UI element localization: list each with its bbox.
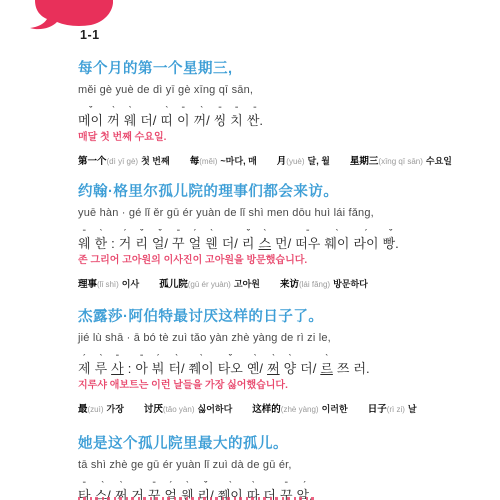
lesson-number: 1-1 (80, 28, 100, 42)
korean-pronunciation: ˉ웨ˋ한 :ˊ거ˇ리ˇ얼/ˉ꾸ˊ얼ˋ웬 더/ˇ리ˋ스 먼/ˉ떠우ˋ훼이ˊ라이ˇ빵… (78, 223, 468, 251)
sentence-block-1: 每个月的第一个星期三, měi gè yuè de dì yī gè xīng … (78, 61, 468, 168)
chinese-sentence: 她是这个孤儿院里最大的孤儿。 (78, 436, 468, 452)
pinyin-line: měi gè yuè de dì yī gè xīng qī sān, (78, 84, 468, 97)
pinyin-line: yuē hàn · gé lǐ ěr gū ér yuàn de lǐ shì … (78, 207, 468, 220)
speech-bubble-icon (0, 0, 130, 36)
pinyin-line: jié lù shā · ā bó tè zuì tǎo yàn zhè yàn… (78, 332, 468, 345)
vocabulary-line: 第一个(dì yī gè)첫 번째每(měi)~마다, 매月(yuè)달, 월星… (78, 154, 468, 168)
korean-pronunciation: ˇ메이ˋ꺼ˋ웨 더/ˋ띠ˉ이ˋ꺼/ˉ씽ˉ치ˉ싼. (78, 100, 468, 128)
sentence-block-4: 她是这个孤儿院里最大的孤儿。 tā shì zhè ge gū ér yuàn … (78, 436, 468, 500)
vocabulary-line: 最(zuì)가장讨厌(tǎo yàn)싫어하다这样的(zhè yàng)이러한日… (78, 402, 468, 416)
sentence-block-2: 约翰·格里尔孤儿院的理事们都会来访。 yuē hàn · gé lǐ ěr gū… (78, 184, 468, 291)
korean-translation: 존 그리어 고아원의 이사진이 고아원을 방문했습니다. (78, 255, 468, 267)
korean-translation: 매달 첫 번째 수요일. (78, 132, 468, 144)
textbook-page: 1-1 每个月的第一个星期三, měi gè yuè de dì yī gè x… (0, 0, 500, 500)
chinese-sentence: 每个月的第一个星期三, (78, 61, 468, 77)
chinese-sentence: 约翰·格里尔孤儿院的理事们都会来访。 (78, 184, 468, 200)
korean-pronunciation: ˊ제ˋ루ˉ사 :ˉ아ˊ붜ˋ터/ˋ쮀이ˇ타오ˋ옌/ˋ쩌ˋ양 더/ˋ르 쯔 러. (78, 348, 468, 376)
pinyin-line: tā shì zhè ge gū ér yuàn lǐ zuì dà de gū… (78, 459, 468, 472)
vocabulary-line: 理事(lǐ shì)이사孤儿院(gū ér yuàn)고아원来访(lái fǎn… (78, 277, 468, 291)
sentence-block-3: 杰露莎·阿伯特最讨厌这样的日子了。 jié lù shā · ā bó tè z… (78, 309, 468, 416)
korean-translation: 지루샤 애보트는 이런 날들을 가장 싫어했습니다. (78, 380, 468, 392)
chinese-sentence: 杰露莎·阿伯特最讨厌这样的日子了。 (78, 309, 468, 325)
